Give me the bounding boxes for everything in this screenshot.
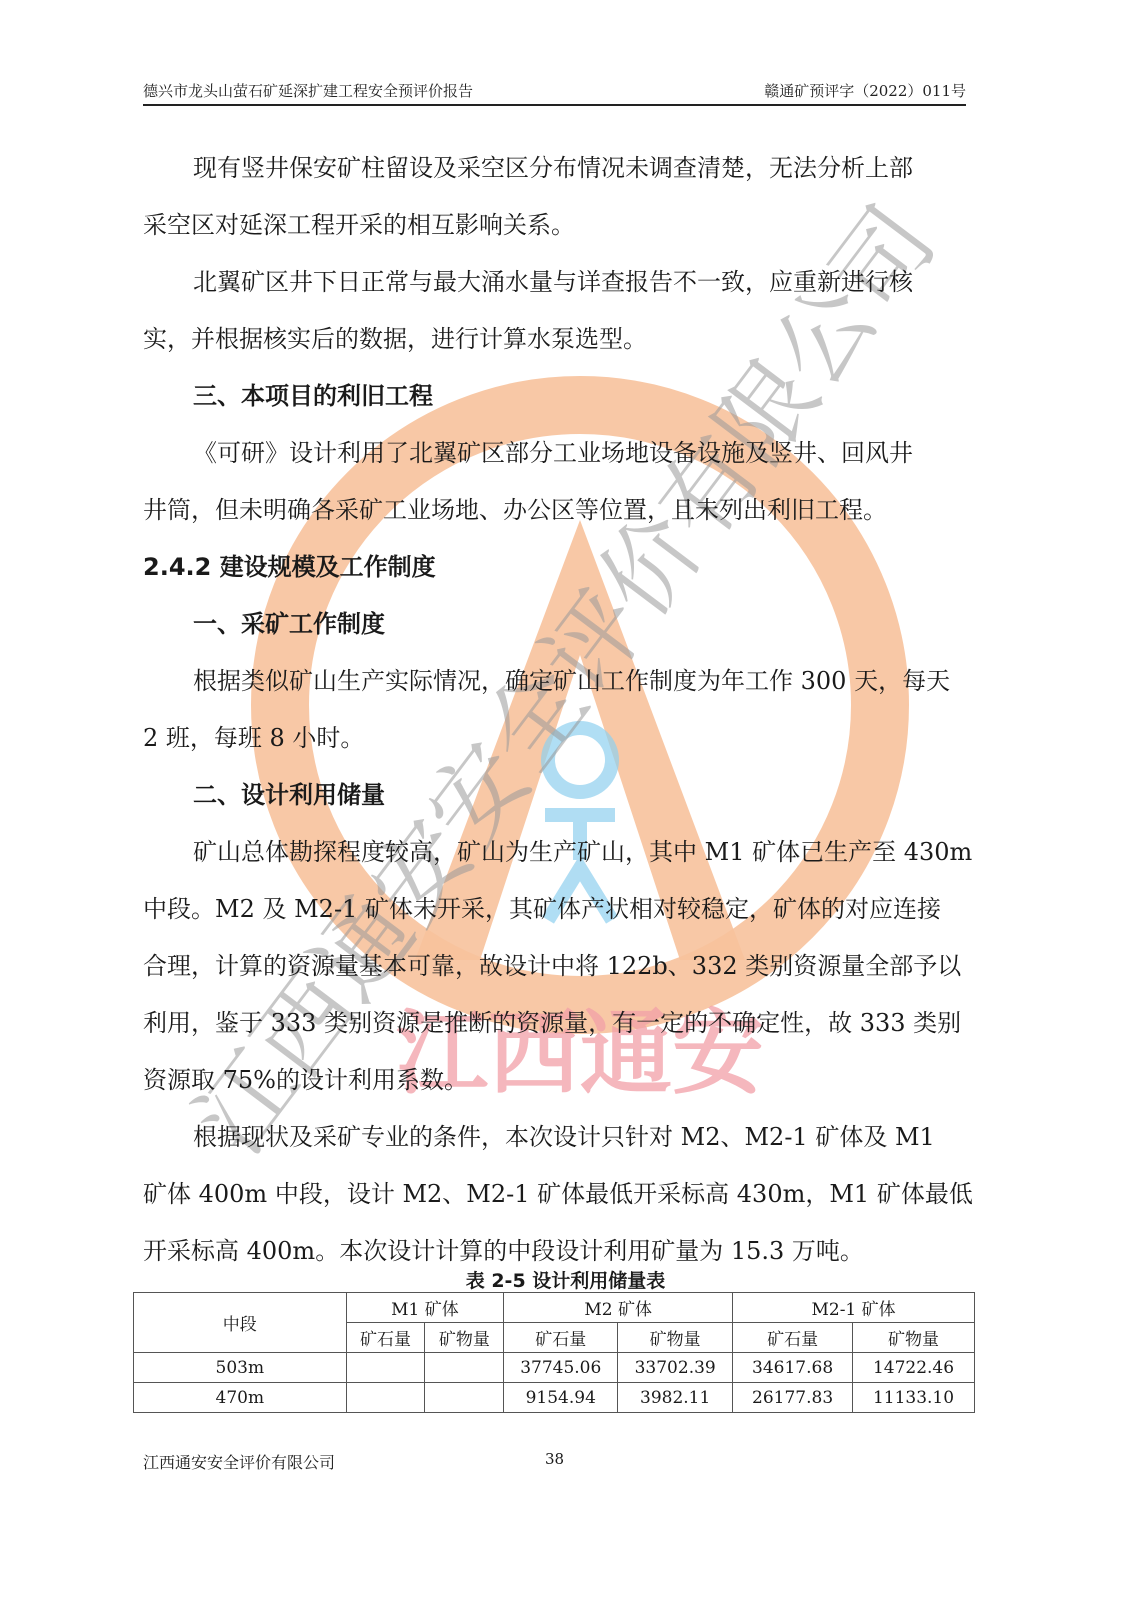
- cell-level: 503m: [134, 1353, 347, 1383]
- header-report-number: 赣通矿预评字（2022）011号: [764, 80, 966, 101]
- header-cell-group: M2-1 矿体: [733, 1293, 975, 1323]
- table-cell: [346, 1383, 425, 1413]
- paragraph-line: 资源取 75%的设计利用系数。: [143, 1052, 468, 1109]
- table-cell: 3982.11: [618, 1383, 733, 1413]
- paragraph-line: 2 班，每班 8 小时。: [143, 710, 364, 767]
- table-cell: 11133.10: [853, 1383, 975, 1413]
- table-cell: [346, 1353, 425, 1383]
- document-page: 德兴市龙头山萤石矿延深扩建工程安全预评价报告 赣通矿预评字（2022）011号 …: [0, 0, 1131, 1600]
- header-cell-sub: 矿石量: [504, 1323, 618, 1353]
- section-heading: 二、设计利用储量: [143, 767, 385, 824]
- paragraph-line: 北翼矿区井下日正常与最大涌水量与详查报告不一致，应重新进行核: [143, 254, 913, 311]
- table-row: 470m 9154.94 3982.11 26177.83 11133.10: [134, 1383, 975, 1413]
- paragraph-line: 现有竖井保安矿柱留设及采空区分布情况未调查清楚，无法分析上部: [143, 140, 913, 197]
- cell-level: 470m: [134, 1383, 347, 1413]
- header-cell-level: 中段: [134, 1293, 347, 1353]
- paragraph-line: 利用，鉴于 333 类别资源是推断的资源量，有一定的不确定性，故 333 类别: [143, 995, 961, 1052]
- table-cell: 14722.46: [853, 1353, 975, 1383]
- table-cell: [425, 1383, 504, 1413]
- table-cell: 34617.68: [733, 1353, 853, 1383]
- header-cell-group: M1 矿体: [346, 1293, 504, 1323]
- header-cell-group: M2 矿体: [504, 1293, 733, 1323]
- table-header-row: 中段 M1 矿体 M2 矿体 M2-1 矿体: [134, 1293, 975, 1323]
- page-header: 德兴市龙头山萤石矿延深扩建工程安全预评价报告 赣通矿预评字（2022）011号: [143, 78, 966, 104]
- paragraph-line: 矿山总体勘探程度较高，矿山为生产矿山，其中 M1 矿体已生产至 430m: [143, 824, 972, 881]
- paragraph-line: 矿体 400m 中段，设计 M2、M2-1 矿体最低开采标高 430m，M1 矿…: [143, 1166, 973, 1223]
- table-cell: 37745.06: [504, 1353, 618, 1383]
- header-cell-sub: 矿石量: [733, 1323, 853, 1353]
- paragraph-line: 实，并根据核实后的数据，进行计算水泵选型。: [143, 311, 647, 368]
- paragraph-line: 井筒，但未明确各采矿工业场地、办公区等位置，且未列出利旧工程。: [143, 482, 887, 539]
- header-cell-sub: 矿物量: [853, 1323, 975, 1353]
- paragraph-line: 采空区对延深工程开采的相互影响关系。: [143, 197, 575, 254]
- paragraph-line: 根据类似矿山生产实际情况，确定矿山工作制度为年工作 300 天，每天: [143, 653, 950, 710]
- header-cell-sub: 矿石量: [346, 1323, 425, 1353]
- paragraph-line: 根据现状及采矿专业的条件，本次设计只针对 M2、M2-1 矿体及 M1: [143, 1109, 935, 1166]
- table-cell: 9154.94: [504, 1383, 618, 1413]
- table-row: 503m 37745.06 33702.39 34617.68 14722.46: [134, 1353, 975, 1383]
- table-cell: [425, 1353, 504, 1383]
- section-heading: 三、本项目的利旧工程: [143, 368, 433, 425]
- paragraph-line: 合理，计算的资源量基本可靠，故设计中将 122b、332 类别资源量全部予以: [143, 938, 961, 995]
- footer-company: 江西通安安全评价有限公司: [143, 1450, 335, 1473]
- table-caption: 表 2-5 设计利用储量表: [0, 1266, 1131, 1293]
- section-heading: 一、采矿工作制度: [143, 596, 385, 653]
- table-cell: 26177.83: [733, 1383, 853, 1413]
- paragraph-line: 《可研》设计利用了北翼矿区部分工业场地设备设施及竖井、回风井: [143, 425, 913, 482]
- reserve-table: 中段 M1 矿体 M2 矿体 M2-1 矿体 矿石量 矿物量 矿石量 矿物量 矿…: [133, 1292, 975, 1413]
- paragraph-line: 中段。M2 及 M2-1 矿体未开采，其矿体产状相对较稳定，矿体的对应连接: [143, 881, 941, 938]
- page-number: 38: [545, 1450, 564, 1468]
- subsection-heading: 2.4.2 建设规模及工作制度: [143, 539, 436, 596]
- header-cell-sub: 矿物量: [618, 1323, 733, 1353]
- header-cell-sub: 矿物量: [425, 1323, 504, 1353]
- table-cell: 33702.39: [618, 1353, 733, 1383]
- header-report-title: 德兴市龙头山萤石矿延深扩建工程安全预评价报告: [143, 80, 473, 101]
- header-divider: [143, 104, 966, 106]
